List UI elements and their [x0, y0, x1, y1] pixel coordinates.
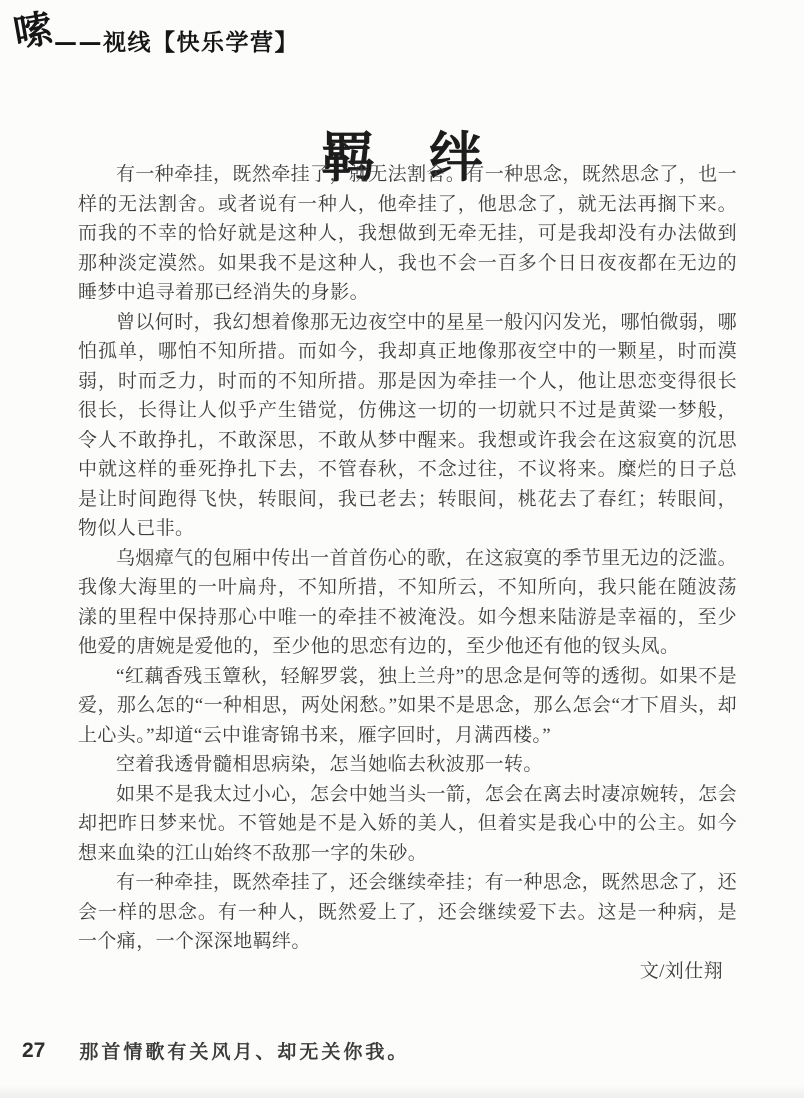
author-byline: 文/刘仕翔: [78, 957, 737, 987]
brand-script-glyph: 嗦: [11, 9, 55, 53]
section-label: ——视线【快乐学营】: [54, 24, 299, 57]
article-paragraph: 空着我透骨髓相思病染，怎当她临去秋波那一转。: [78, 750, 737, 780]
article-body: 有一种牵挂，既然牵挂了，就无法割舍。有一种思念，既然思念了，也一样的无法割舍。或…: [78, 160, 737, 986]
article-paragraph: 曾以何时，我幻想着像那无边夜空中的星星一般闪闪发光，哪怕微弱，哪怕孤单，哪怕不知…: [78, 308, 737, 544]
magazine-header: 嗦 ——视线【快乐学营】: [14, 12, 299, 57]
page-edge-shadow: [0, 1085, 804, 1098]
article-paragraph: 有一种牵挂，既然牵挂了，就无法割舍。有一种思念，既然思念了，也一样的无法割舍。或…: [78, 160, 737, 308]
article-paragraph: 如果不是我太过小心，怎会中她当头一箭，怎会在离去时凄凉婉转，怎会却把昨日梦来忧。…: [78, 780, 737, 869]
footer-motto: 那首情歌有关风月、却无关你我。: [79, 1037, 409, 1064]
page-number: 27: [22, 1039, 45, 1063]
article-paragraph: “红藕香残玉簟秋，轻解罗裳，独上兰舟”的思念是何等的透彻。如果不是爱，那么怎的“…: [78, 662, 737, 751]
article-paragraph: 有一种牵挂，既然牵挂了，还会继续牵挂；有一种思念，既然思念了，还会一样的思念。有…: [78, 868, 737, 957]
page-footer: 27 那首情歌有关风月、却无关你我。: [22, 1037, 409, 1064]
article-paragraph: 乌烟瘴气的包厢中传出一首首伤心的歌，在这寂寞的季节里无边的泛滥。我像大海里的一叶…: [78, 544, 737, 662]
